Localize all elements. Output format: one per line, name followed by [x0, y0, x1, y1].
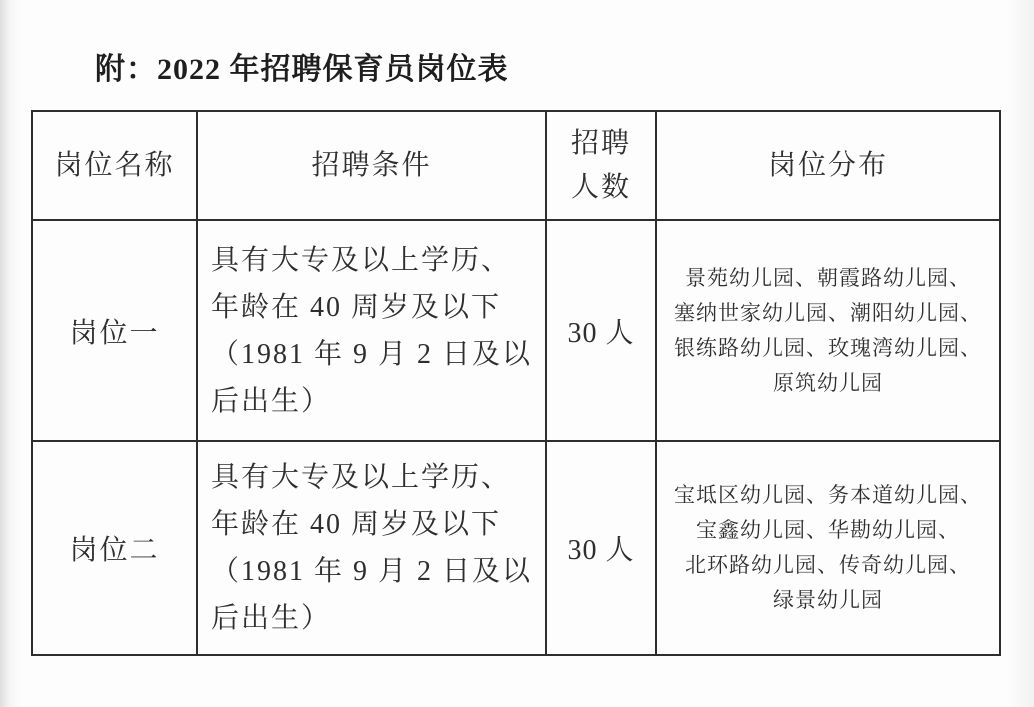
table-row-position-2: 岗位二 具有大专及以上学历、 年龄在 40 周岁及以下 （1981 年 9 月 … [32, 441, 1000, 655]
table-row-position-1: 岗位一 具有大专及以上学历、 年龄在 40 周岁及以下 （1981 年 9 月 … [32, 220, 1000, 441]
header-recruitment-count: 招聘 人数 [546, 111, 656, 220]
cell-headcount: 30 人 [546, 220, 656, 441]
positions-table-wrapper: 岗位名称 招聘条件 招聘 人数 岗位分布 岗位一 具有大专及以上学历、 年龄在 … [31, 110, 1001, 656]
cell-distribution: 景苑幼儿园、朝霞路幼儿园、 塞纳世家幼儿园、潮阳幼儿园、 银练路幼儿园、玫瑰湾幼… [656, 220, 1000, 441]
header-position-name: 岗位名称 [32, 111, 197, 220]
cell-distribution: 宝坻区幼儿园、务本道幼儿园、 宝鑫幼儿园、华勘幼儿园、 北环路幼儿园、传奇幼儿园… [656, 441, 1000, 655]
table-header-row: 岗位名称 招聘条件 招聘 人数 岗位分布 [32, 111, 1000, 220]
header-recruitment-conditions: 招聘条件 [197, 111, 546, 220]
cell-conditions: 具有大专及以上学历、 年龄在 40 周岁及以下 （1981 年 9 月 2 日及… [197, 441, 546, 655]
cell-position-name: 岗位二 [32, 441, 197, 655]
page-title: 附：2022 年招聘保育员岗位表 [95, 44, 509, 88]
cell-conditions: 具有大专及以上学历、 年龄在 40 周岁及以下 （1981 年 9 月 2 日及… [197, 220, 546, 441]
positions-table: 岗位名称 招聘条件 招聘 人数 岗位分布 岗位一 具有大专及以上学历、 年龄在 … [31, 110, 1001, 656]
cell-position-name: 岗位一 [32, 220, 197, 441]
cell-headcount: 30 人 [546, 441, 656, 655]
header-position-distribution: 岗位分布 [656, 111, 1000, 220]
document-page: 附：2022 年招聘保育员岗位表 岗位名称 招聘条件 招聘 人数 岗位分布 岗位… [0, 0, 1034, 707]
